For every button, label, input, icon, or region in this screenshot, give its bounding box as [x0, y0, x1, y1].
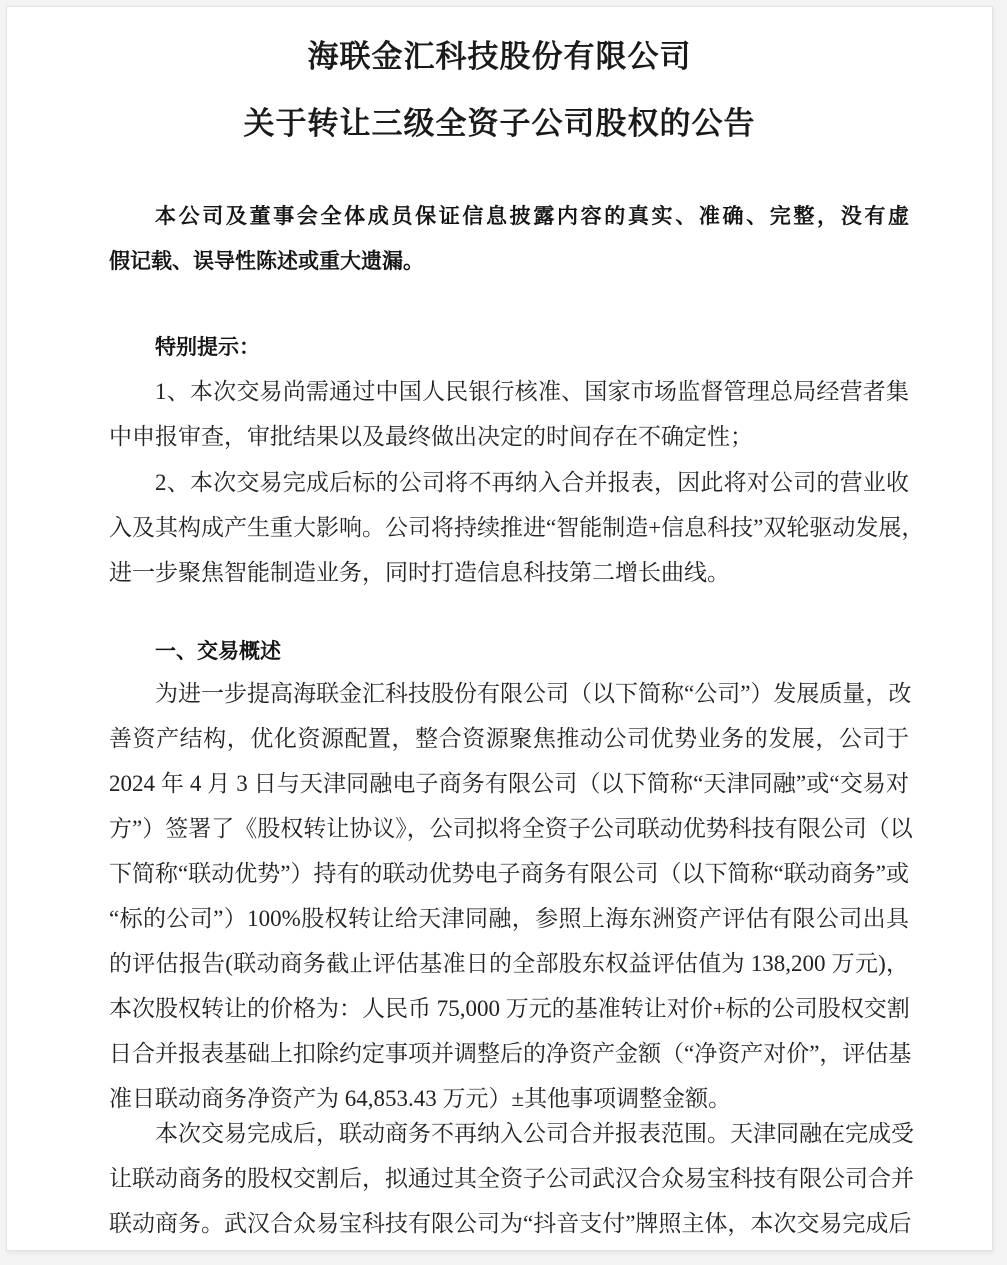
transaction-overview-paragraph-1: 为进一步提高海联金汇科技股份有限公司（以下简称“公司”）发展质量，改 善资产结构…	[109, 671, 909, 1121]
notice-line: 中申报审查，审批结果以及最终做出决定的时间存在不确定性；	[109, 414, 909, 459]
special-notice-item-1: 1、本次交易尚需通过中国人民银行核准、国家市场监督管理总局经营者集 中申报审查，…	[109, 369, 909, 459]
paragraph-line: 2024 年 4 月 3 日与天津同融电子商务有限公司（以下简称“天津同融”或“…	[109, 761, 909, 806]
paragraph-line: “标的公司”）100%股权转让给天津同融，参照上海东洲资产评估有限公司出具	[109, 896, 909, 941]
paragraph-line: 善资产结构，优化资源配置，整合资源聚焦推动公司优势业务的发展，公司于	[109, 716, 909, 761]
paragraph-line: 日合并报表基础上扣除约定事项并调整后的净资产金额（“净资产对价”，评估基	[109, 1031, 909, 1076]
paragraph-line: 的评估报告(联动商务截止评估基准日的全部股东权益评估值为 138,200 万元)…	[109, 941, 909, 986]
paragraph-line: 让联动商务的股权交割后，拟通过其全资子公司武汉合众易宝科技有限公司合并	[109, 1156, 909, 1201]
special-notice-heading: 特别提示：	[109, 325, 909, 370]
company-name-title: 海联金汇科技股份有限公司	[7, 31, 992, 76]
notice-line: 入及其构成产生重大影响。公司将持续推进“智能制造+信息科技”双轮驱动发展，	[109, 505, 909, 550]
disclaimer-paragraph: 本公司及董事会全体成员保证信息披露内容的真实、准确、完整，没有虚 假记载、误导性…	[109, 194, 909, 284]
paragraph-line: 为进一步提高海联金汇科技股份有限公司（以下简称“公司”）发展质量，改	[109, 671, 909, 716]
paragraph-line: 本次股权转让的价格为：人民币 75,000 万元的基准转让对价+标的公司股权交割	[109, 986, 909, 1031]
disclaimer-line: 本公司及董事会全体成员保证信息披露内容的真实、准确、完整，没有虚	[109, 194, 909, 239]
section-heading-transaction-overview: 一、交易概述	[109, 629, 909, 674]
paragraph-line: 本次交易完成后，联动商务不再纳入公司合并报表范围。天津同融在完成受	[109, 1111, 909, 1156]
notice-line: 进一步聚焦智能制造业务，同时打造信息科技第二增长曲线。	[109, 550, 909, 595]
announcement-page: 海联金汇科技股份有限公司 关于转让三级全资子公司股权的公告 本公司及董事会全体成…	[6, 6, 993, 1251]
section-heading-text: 一、交易概述	[109, 629, 909, 674]
announcement-title: 关于转让三级全资子公司股权的公告	[7, 98, 992, 143]
notice-line: 2、本次交易完成后标的公司将不再纳入合并报表，因此将对公司的营业收	[109, 460, 909, 505]
paragraph-line: 下简称“联动优势”）持有的联动优势电子商务有限公司（以下简称“联动商务”或	[109, 851, 909, 896]
special-notice-item-2: 2、本次交易完成后标的公司将不再纳入合并报表，因此将对公司的营业收 入及其构成产…	[109, 460, 909, 595]
special-notice-heading-text: 特别提示：	[109, 325, 909, 370]
transaction-overview-paragraph-2: 本次交易完成后，联动商务不再纳入公司合并报表范围。天津同融在完成受 让联动商务的…	[109, 1111, 909, 1246]
disclaimer-line: 假记载、误导性陈述或重大遗漏。	[109, 239, 909, 284]
paragraph-line: 联动商务。武汉合众易宝科技有限公司为“抖音支付”牌照主体，本次交易完成后	[109, 1201, 909, 1246]
paragraph-line: 方”）签署了《股权转让协议》，公司拟将全资子公司联动优势科技有限公司（以	[109, 806, 909, 851]
notice-line: 1、本次交易尚需通过中国人民银行核准、国家市场监督管理总局经营者集	[109, 369, 909, 414]
